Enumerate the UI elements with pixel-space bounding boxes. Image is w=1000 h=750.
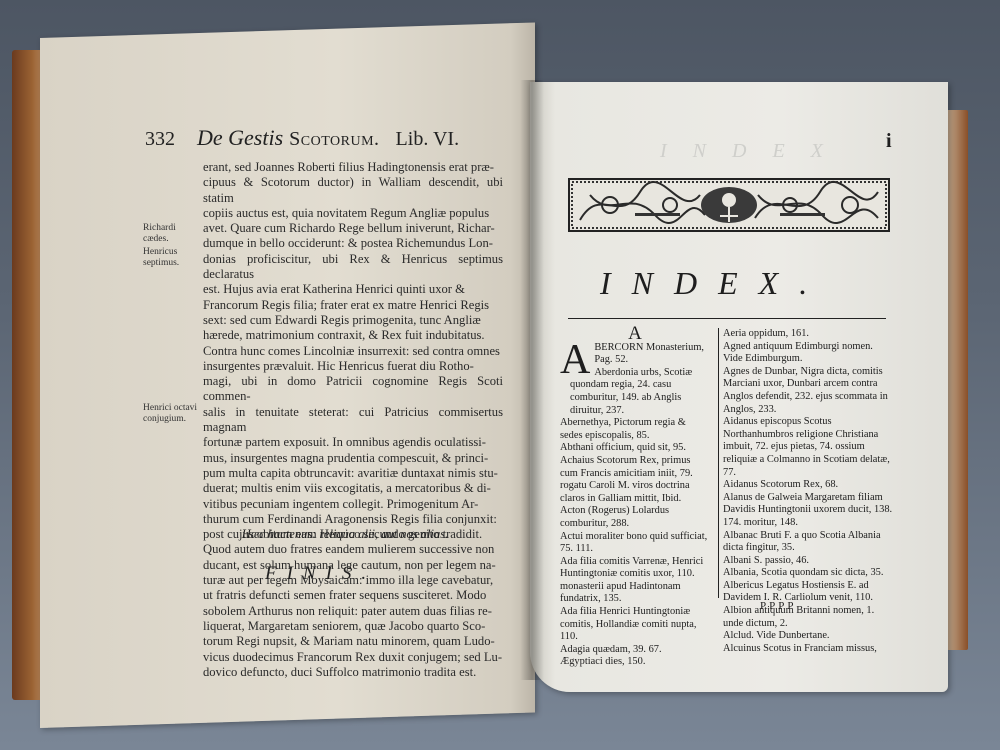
index-entry: Achaius Scotorum Rex, primus cum Francis… bbox=[560, 455, 710, 505]
index-entry: Adagia quædam, 39. 67. bbox=[560, 644, 710, 657]
text-line: sobolem Arthurus non reliquit: pater aut… bbox=[203, 604, 503, 619]
title-rule bbox=[568, 318, 886, 319]
index-entry: Agned antiquum Edimburgi nomen. Vide Edi… bbox=[723, 341, 893, 366]
index-entry: Acton (Rogerus) Lolardus comburitur, 288… bbox=[560, 505, 710, 530]
text-line: Quod autem duo fratres eandem mulierem s… bbox=[203, 542, 503, 557]
folio-signature: i bbox=[886, 130, 892, 153]
text-line: vicus duodecimus Francorum Rex duxit con… bbox=[203, 650, 503, 665]
text-line: dumque in bello occiderunt: & postea Ric… bbox=[203, 236, 503, 251]
text-line: Contra hunc comes Lincolniæ insurrexit: … bbox=[203, 344, 503, 359]
index-entry: Albani S. passio, 46. bbox=[723, 555, 893, 568]
running-head-caps: Scotorum. bbox=[289, 128, 379, 151]
text-line: salis in tenuitate steterat: cui Patrici… bbox=[203, 405, 503, 436]
running-head: 332 De Gestis Scotorum. Lib. VI. bbox=[145, 125, 505, 151]
drop-cap: A bbox=[560, 343, 590, 377]
index-entry: Ada filia Henrici Huntingtoniæ comitis, … bbox=[560, 606, 710, 644]
book-gutter bbox=[520, 80, 544, 680]
text-line: magi, ubi in domo Patricii cognomine Reg… bbox=[203, 374, 503, 405]
closing-line: Hæc hactenus: reliqua alii, aut nos alia… bbox=[185, 527, 505, 542]
index-entry: Albericus Legatus Hostiensis E. ad David… bbox=[723, 580, 893, 605]
text-line: ut fratris defuncti semen frater sequens… bbox=[203, 588, 503, 603]
index-entry: Aeria oppidum, 161. bbox=[723, 328, 893, 341]
index-column-left: A A BERCORN Monasterium, Pag. 52. Aberdo… bbox=[560, 328, 710, 669]
page-number: 332 bbox=[145, 128, 175, 151]
text-line: cipuus & Scotorum ductor) in Walliam des… bbox=[203, 175, 503, 206]
index-entry: Actui moraliter bono quid sufficiat, 75.… bbox=[560, 531, 710, 556]
index-entry: Ada filia comitis Varrenæ, Henrici Hunti… bbox=[560, 556, 710, 606]
text-line: fortunæ partem exposuit. In omnibus agen… bbox=[203, 435, 503, 450]
index-entry: Agnes de Dunbar, Nigra dicta, comitis Ma… bbox=[723, 366, 893, 416]
text-line: copiis auctus est, quia novitatem Regum … bbox=[203, 206, 503, 221]
ornamental-headpiece bbox=[568, 178, 890, 232]
index-entry: Albania, Scotia quondam sic dicta, 35. bbox=[723, 567, 893, 580]
text-line: mus, insurgentes magna prudentia compesc… bbox=[203, 451, 503, 466]
index-column-right: Aeria oppidum, 161. Agned antiquum Edimb… bbox=[718, 328, 893, 598]
index-entry: Aidanus Scotorum Rex, 68. bbox=[723, 479, 893, 492]
text-line: dovico defuncto, duci Suffolco matrimoni… bbox=[203, 665, 503, 680]
index-entry: Aidanus episcopus Scotus Northanhumbros … bbox=[723, 416, 893, 479]
text-line: Francorum Regis filia; frater erat ex ma… bbox=[203, 298, 503, 313]
index-entry: Alcuinus Scotus in Franciam missus, bbox=[723, 643, 893, 656]
margin-note: Henrici octavi conjugium. bbox=[143, 403, 199, 425]
finis: FINIS. bbox=[265, 563, 376, 585]
thistle-ornament-icon bbox=[570, 180, 888, 230]
text-line: donias proficiscitur, ubi Rex & Henricus… bbox=[203, 252, 503, 283]
text-line: duerat; multis enim viis excogitatis, a … bbox=[203, 481, 503, 496]
text-line: torum Regi nupsit, & Mariam natu minorem… bbox=[203, 634, 503, 649]
gathering-signature: PPPP bbox=[760, 600, 796, 612]
text-line: erant, sed Joannes Roberti filius Hading… bbox=[203, 160, 503, 175]
index-entry: Abthani officium, quid sit, 95. bbox=[560, 442, 710, 455]
text-line: pum multa capita obtruncavit: avaritiæ d… bbox=[203, 466, 503, 481]
index-entry: Albanac Bruti F. a quo Scotia Albania di… bbox=[723, 530, 893, 555]
running-head-title: De Gestis bbox=[197, 125, 283, 151]
index-entry: Ægyptiaci dies, 150. bbox=[560, 656, 710, 669]
index-entry: Alclud. Vide Dunbertane. bbox=[723, 630, 893, 643]
text-line: est. Hujus avia erat Katherina Henrici q… bbox=[203, 282, 503, 297]
show-through-text: INDEX bbox=[660, 140, 849, 163]
text-line: vitibus pecuniam ingentem collegit. Prim… bbox=[203, 497, 503, 512]
text-line: thurum cum Ferdinandi Aragonensis Regis … bbox=[203, 512, 503, 527]
index-title: INDEX. bbox=[600, 265, 828, 302]
index-entry: Alanus de Galweia Margaretam filiam Davi… bbox=[723, 492, 893, 530]
body-text: erant, sed Joannes Roberti filius Hading… bbox=[203, 160, 503, 680]
text-line: hærede, matrimonium contraxit, & Rex fui… bbox=[203, 328, 503, 343]
text-line: sext: sed cum Edwardi Regis primogenita,… bbox=[203, 313, 503, 328]
text-line: insurgentes prævaluit. Hic Henricus fuer… bbox=[203, 359, 503, 374]
index-entry: Albion antiquum Britanni nomen, 1. unde … bbox=[723, 605, 893, 630]
margin-note: Richardi cædes. bbox=[143, 223, 199, 245]
margin-note: Henricus septimus. bbox=[143, 247, 199, 269]
running-head-book: Lib. VI. bbox=[396, 128, 460, 151]
text-line: liquerat, Margaretam seniorem, quæ Jacob… bbox=[203, 619, 503, 634]
index-entry: Abernethya, Pictorum regia & sedes episc… bbox=[560, 417, 710, 442]
left-page-content: 332 De Gestis Scotorum. Lib. VI. Richard… bbox=[145, 125, 505, 155]
text-line: avet. Quare cum Richardo Rege bellum ini… bbox=[203, 221, 503, 236]
